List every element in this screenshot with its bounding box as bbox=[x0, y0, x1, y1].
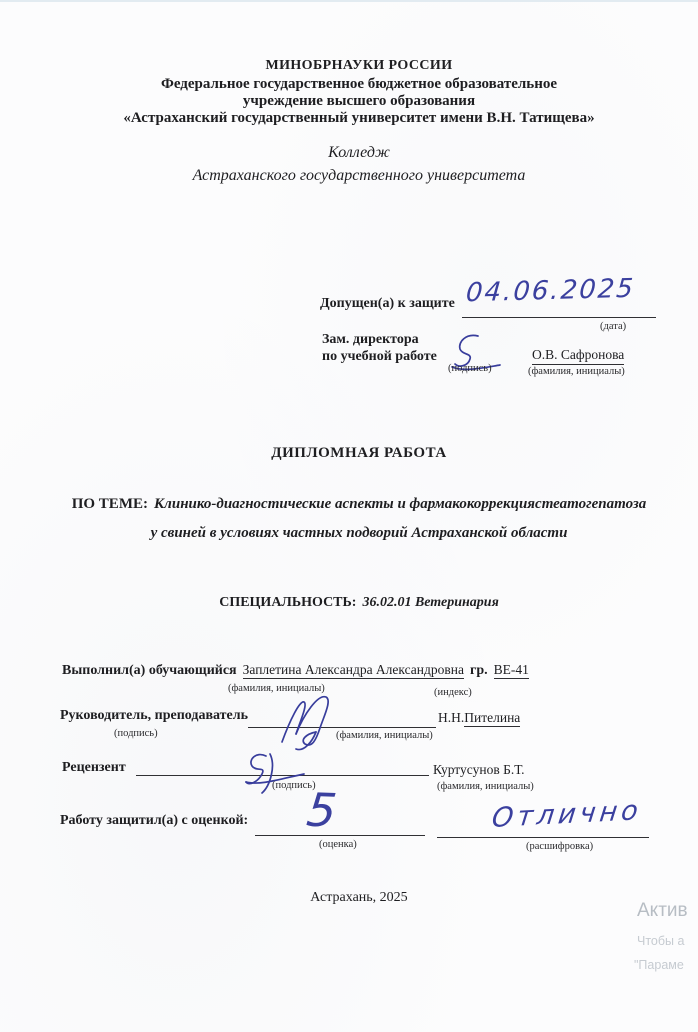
college-line1: Колледж bbox=[20, 144, 698, 162]
college-line2: Астраханского государственного университ… bbox=[20, 167, 698, 185]
handwritten-date: 04.06.2025 bbox=[465, 274, 636, 308]
admission-label: Допущен(а) к защите bbox=[320, 296, 455, 312]
reviewer-name-caption: (фамилия, инициалы) bbox=[437, 781, 534, 792]
org-name-line2: учреждение высшего образования bbox=[20, 93, 698, 110]
supervisor-name-surname: Пителина bbox=[464, 710, 520, 727]
grade-word-line bbox=[437, 837, 649, 838]
activation-watermark-line3: "Параме bbox=[634, 958, 684, 972]
group-value: ВЕ-41 bbox=[494, 662, 529, 679]
supervisor-signature bbox=[270, 692, 374, 752]
deputy-director-name: О.В. Сафронова bbox=[532, 347, 624, 365]
date-caption: (дата) bbox=[600, 321, 626, 332]
reviewer-name: Куртусунов Б.Т. bbox=[433, 762, 524, 778]
grade-word-caption: (расшифровка) bbox=[526, 841, 593, 852]
grade-caption: (оценка) bbox=[319, 839, 357, 850]
ministry-line: МИНОБРНАУКИ РОССИИ bbox=[20, 58, 698, 74]
work-type-title: ДИПЛОМНАЯ РАБОТА bbox=[20, 445, 698, 462]
topic-text-line1: Клинико-диагностические аспекты и фармак… bbox=[154, 496, 646, 512]
date-line bbox=[462, 317, 656, 318]
performer-name: Заплетина Александра Александровна bbox=[243, 662, 464, 679]
deputy-sign-caption: (подпись) bbox=[448, 363, 492, 374]
city-year: Астрахань, 2025 bbox=[20, 890, 698, 906]
supervisor-name-initials: Н.Н. bbox=[438, 710, 464, 725]
performer-label: Выполнил(а) обучающийся bbox=[62, 663, 237, 678]
deputy-name-caption: (фамилия, инициалы) bbox=[528, 366, 625, 377]
supervisor-name-caption: (фамилия, инициалы) bbox=[336, 730, 433, 741]
supervisor-label: Руководитель, преподаватель bbox=[60, 708, 248, 724]
activation-watermark-line2: Чтобы а bbox=[637, 934, 684, 948]
scanned-title-page: МИНОБРНАУКИ РОССИИ Федеральное государст… bbox=[0, 0, 698, 1032]
group-label: гр. bbox=[470, 663, 488, 678]
org-name-line1: Федеральное государственное бюджетное об… bbox=[20, 76, 698, 93]
handwritten-grade: 5 bbox=[304, 783, 339, 838]
defense-label: Работу защитил(а) с оценкой: bbox=[60, 813, 248, 829]
deputy-director-line2: по учебной работе bbox=[322, 349, 437, 365]
org-name-line3: «Астраханский государственный университе… bbox=[20, 110, 698, 127]
group-caption: (индекс) bbox=[434, 687, 472, 698]
specialty-value: 36.02.01 Ветеринария bbox=[362, 595, 498, 610]
handwritten-grade-word: Отлично bbox=[490, 795, 644, 834]
activation-watermark-title: Актив bbox=[637, 900, 688, 922]
specialty-label: СПЕЦИАЛЬНОСТЬ: bbox=[219, 595, 356, 610]
grade-line bbox=[255, 835, 425, 836]
reviewer-label: Рецензент bbox=[62, 760, 126, 776]
topic-label: ПО ТЕМЕ: bbox=[72, 496, 148, 512]
topic-text-line2: у свиней в условиях частных подворий Аст… bbox=[20, 525, 698, 542]
supervisor-sign-caption: (подпись) bbox=[114, 728, 158, 739]
deputy-director-line1: Зам. директора bbox=[322, 332, 419, 348]
